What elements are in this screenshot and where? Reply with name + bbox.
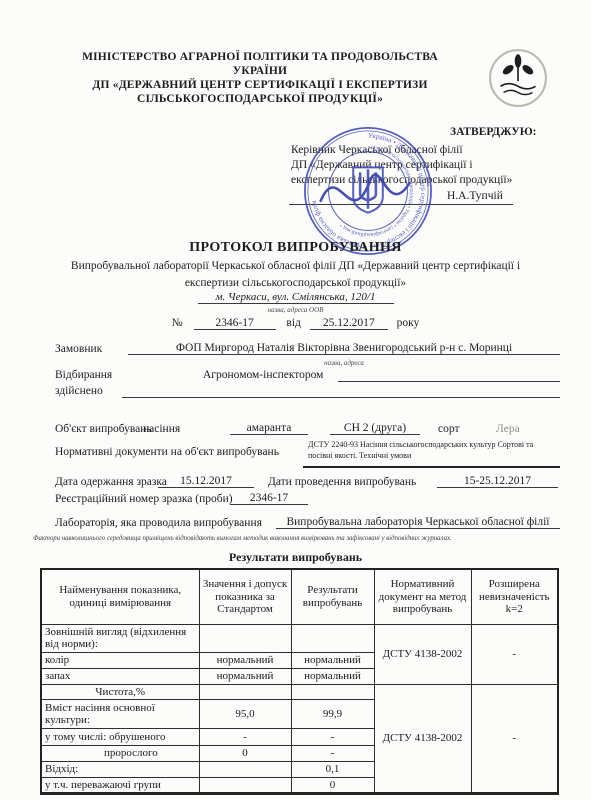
handwritten-signature (321, 174, 410, 200)
col-header-standard: Значення і допуск показника за Стандарто… (199, 569, 291, 624)
normative-value: ДСТУ 2240-93 Насіння сільськогосподарськ… (308, 440, 558, 461)
protocol-number: 2346-17 (194, 317, 276, 330)
scanned-protocol-document: МІНІСТЕРСТВО АГРАРНОЇ ПОЛІТИКИ ТА ПРОДОВ… (0, 0, 591, 800)
cell-appearance: Зовнішній вигляд (відхилення від норми): (41, 624, 199, 652)
col-header-indicator: Найменування показника, одиниці вимірюва… (41, 569, 199, 624)
cell-waste-result: 0,1 (291, 762, 374, 778)
object-label: Об'єкт випробувань (55, 423, 152, 435)
approver-name: Н.А.Тупчій (447, 190, 503, 202)
object-value1: насіння (143, 423, 180, 435)
cell-color-result: нормальний (291, 652, 374, 668)
cell-uncertainty-2: - (471, 684, 558, 794)
sampling-line2 (122, 397, 560, 398)
col-header-results: Результати випробувань (291, 569, 374, 624)
sort-label: сорт (438, 423, 459, 435)
ministry-line1: МІНІСТЕРСТВО АГРАРНОЇ ПОЛІТИКИ ТА ПРОДОВ… (55, 50, 465, 64)
reg-number-value: 2346-17 (230, 492, 308, 505)
cell-method-2: ДСТУ 4138-2002 (374, 684, 471, 794)
approval-title: ЗАТВЕРДЖУЮ: (450, 126, 537, 138)
cell-purity-header: Чистота,% (41, 684, 199, 700)
cell-main-seed-standard: 95,0 (199, 700, 291, 729)
cell-odor-standard: нормальний (199, 668, 291, 684)
lab-address: м. Черкаси, вул. Смілянська, 120/1 (198, 291, 394, 304)
cell-odor-result: нормальний (291, 668, 374, 684)
cell-hulled-label: у тому числі: обрушеного (41, 729, 199, 746)
date-suffix: року (397, 317, 420, 329)
cell-uncertainty-1: - (471, 624, 558, 684)
cell-sprouted-standard: 0 (199, 746, 291, 762)
lab-label: Лабораторія, яка проводила випробування (55, 517, 262, 529)
cell-hulled-result: - (291, 729, 374, 746)
date-tested-label: Дати проведення випробувань (268, 476, 416, 488)
normative-label: Нормативні документи на об'єкт випробува… (55, 446, 279, 458)
sort-value: Лера (496, 423, 520, 435)
protocol-date: 25.12.2017 (310, 317, 388, 330)
cell-prevailing-groups-result: 0 (291, 777, 374, 794)
cell-color-label: колір (41, 652, 199, 668)
date-label: від (286, 317, 300, 329)
date-received-value: 15.12.2017 (158, 475, 254, 488)
lab-address-row: м. Черкаси, вул. Смілянська, 120/1 (0, 291, 591, 304)
sampling-line1 (338, 381, 560, 382)
protocol-title: ПРОТОКОЛ ВИПРОБУВАННЯ (0, 240, 591, 256)
cell-sprouted-result: - (291, 746, 374, 762)
cell-color-standard: нормальний (199, 652, 291, 668)
number-label: № (172, 317, 183, 329)
cell-hulled-standard: - (199, 729, 291, 746)
object-value2: амаранта (230, 422, 308, 435)
date-tested-value: 15-25.12.2017 (437, 475, 558, 488)
results-table: Найменування показника, одиниці вимірюва… (40, 568, 559, 795)
date-received-label: Дата одержання зразка (55, 476, 167, 488)
normative-underline (303, 466, 560, 468)
cell-method-1: ДСТУ 4138-2002 (374, 624, 471, 684)
reg-number-label: Реєстраційний номер зразка (проби) (55, 493, 233, 505)
cell-prevailing-groups-label: у т.ч. переважаючі групи (41, 777, 199, 794)
protocol-number-row: № 2346-17 від 25.12.2017 року (0, 317, 591, 330)
plant-sprout-emblem-icon (487, 47, 549, 109)
table-row: Зовнішній вигляд (відхилення від норми):… (41, 624, 558, 652)
trident-icon (353, 167, 383, 212)
customer-caption: назва, адреса (128, 359, 560, 367)
protocol-subtitle-line1: Випробувальної лабораторії Черкаської об… (10, 260, 581, 272)
results-title: Результати випробувань (0, 550, 591, 565)
object-value3: СН 2 (друга) (330, 422, 420, 435)
sampling-label-line1: Відбирання (55, 369, 112, 381)
address-caption: назва, адреса ООВ (0, 306, 591, 314)
cell-odor-label: запах (41, 668, 199, 684)
environment-note: Фактори навколишнього середовища приміще… (33, 535, 568, 542)
customer-label: Замовник (55, 343, 102, 355)
ministry-line3: ДП «ДЕРЖАВНИЙ ЦЕНТР СЕРТИФІКАЦІЇ І ЕКСПЕ… (55, 78, 465, 92)
customer-value: ФОП Миргород Наталія Вікторівна Звенигор… (128, 342, 560, 355)
sampling-value: Агрономом-інспектором (203, 369, 323, 381)
col-header-method: Нормативний документ на метод випробуван… (374, 569, 471, 624)
cell-main-seed-label: Вміст насіння основної культури: (41, 700, 199, 729)
protocol-subtitle-line2: експертизи сільськогосподарської продукц… (10, 277, 581, 289)
table-row: Чистота,% ДСТУ 4138-2002 - (41, 684, 558, 700)
sampling-label-line2: здійснено (55, 385, 103, 397)
cell-main-seed-result: 99,9 (291, 700, 374, 729)
cell-waste-label: Відхід: (41, 762, 199, 778)
ministry-line2: УКРАЇНИ (55, 64, 465, 78)
table-header-row: Найменування показника, одиниці вимірюва… (41, 569, 558, 624)
ministry-line4: СІЛЬСЬКОГОСПОДАРСЬКОЇ ПРОДУКЦІЇ» (55, 92, 465, 106)
ministry-header: МІНІСТЕРСТВО АГРАРНОЇ ПОЛІТИКИ ТА ПРОДОВ… (55, 50, 465, 106)
cell-sprouted-label: пророслого (41, 746, 199, 762)
col-header-uncertainty: Розширена невизначеність k=2 (471, 569, 558, 624)
lab-value: Випробувальна лабораторія Черкаської обл… (276, 516, 560, 529)
